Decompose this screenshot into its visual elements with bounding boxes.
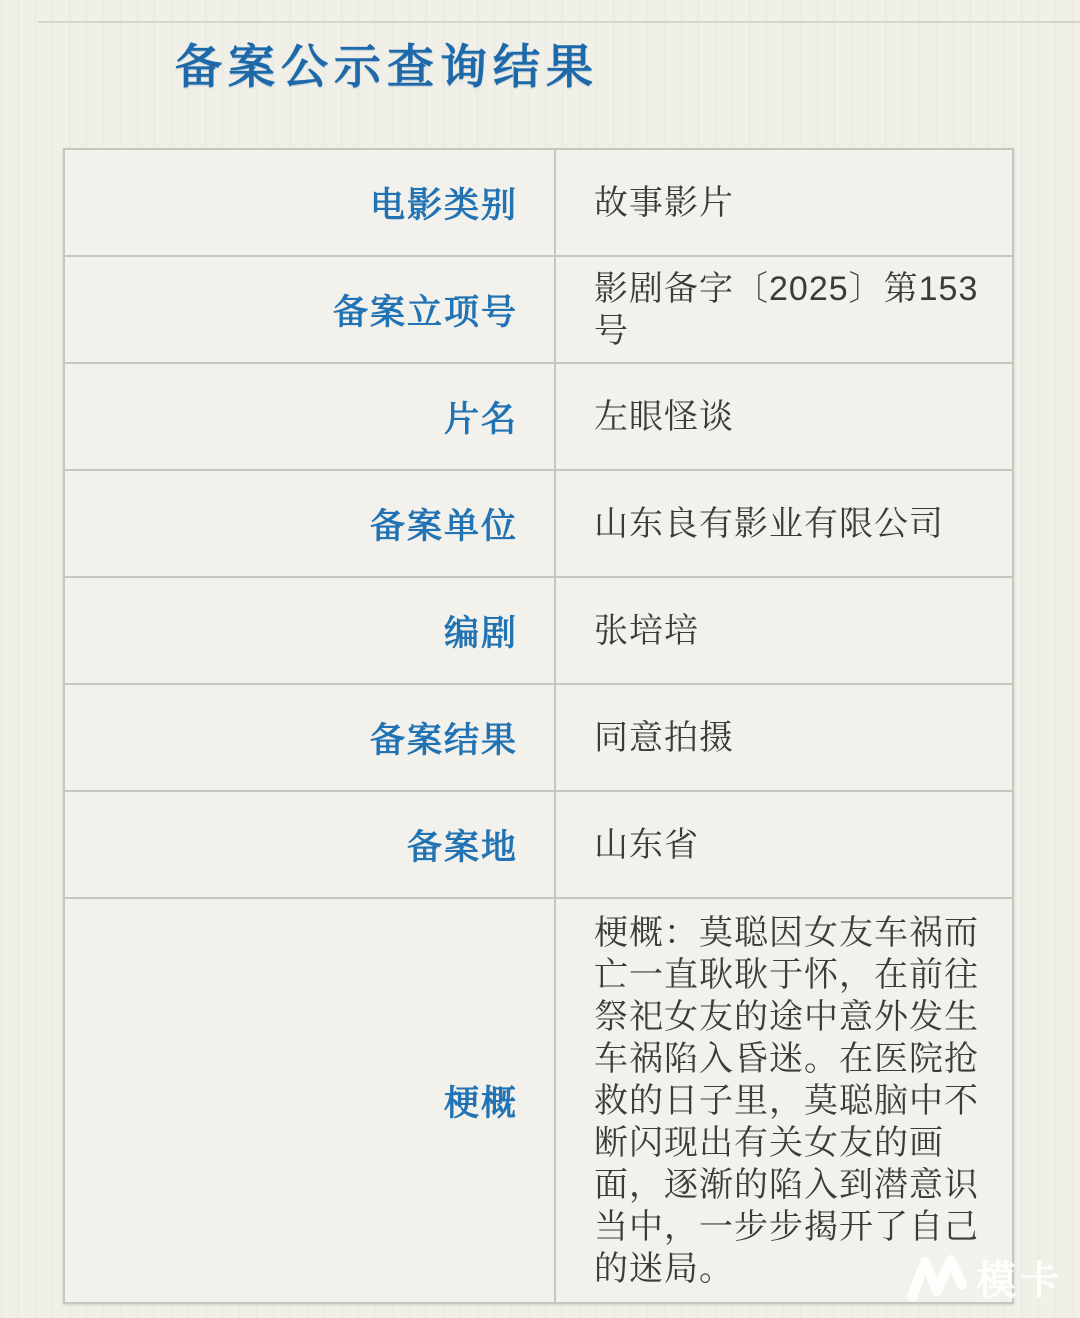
watermark: 模卡	[906, 1249, 1064, 1306]
row-label: 备案立项号	[65, 257, 556, 362]
row-label: 电影类别	[65, 150, 556, 255]
watermark-text: 模卡	[976, 1249, 1064, 1306]
page-title: 备案公示查询结果	[175, 30, 599, 97]
table-row: 备案地 山东省	[65, 792, 1012, 899]
table-row: 电影类别 故事影片	[65, 150, 1012, 257]
row-label: 片名	[65, 364, 556, 469]
table-row: 备案立项号 影剧备字〔2025〕第153号	[65, 257, 1012, 364]
row-label: 备案地	[65, 792, 556, 897]
row-value: 梗概：莫聪因女友车祸而亡一直耿耿于怀，在前往祭祀女友的途中意外发生车祸陷入昏迷。…	[556, 899, 1012, 1302]
row-value: 山东良有影业有限公司	[556, 471, 1012, 576]
row-value: 左眼怪谈	[556, 364, 1012, 469]
row-value: 故事影片	[556, 150, 1012, 255]
row-label: 备案结果	[65, 685, 556, 790]
moka-logo-icon	[906, 1255, 968, 1301]
row-value: 同意拍摄	[556, 685, 1012, 790]
row-label: 备案单位	[65, 471, 556, 576]
row-label: 编剧	[65, 578, 556, 683]
table-row: 片名 左眼怪谈	[65, 364, 1012, 471]
table-row: 备案结果 同意拍摄	[65, 685, 1012, 792]
table-row: 备案单位 山东良有影业有限公司	[65, 471, 1012, 578]
row-label: 梗概	[65, 899, 556, 1302]
table-row: 编剧 张培培	[65, 578, 1012, 685]
row-value: 影剧备字〔2025〕第153号	[556, 257, 1012, 362]
table-row-synopsis: 梗概 梗概：莫聪因女友车祸而亡一直耿耿于怀，在前往祭祀女友的途中意外发生车祸陷入…	[65, 899, 1012, 1302]
row-value: 山东省	[556, 792, 1012, 897]
page: 备案公示查询结果 电影类别 故事影片 备案立项号 影剧备字〔2025〕第153号…	[0, 0, 1080, 1318]
top-divider	[38, 21, 1080, 23]
filing-table: 电影类别 故事影片 备案立项号 影剧备字〔2025〕第153号 片名 左眼怪谈 …	[63, 148, 1014, 1304]
row-value: 张培培	[556, 578, 1012, 683]
